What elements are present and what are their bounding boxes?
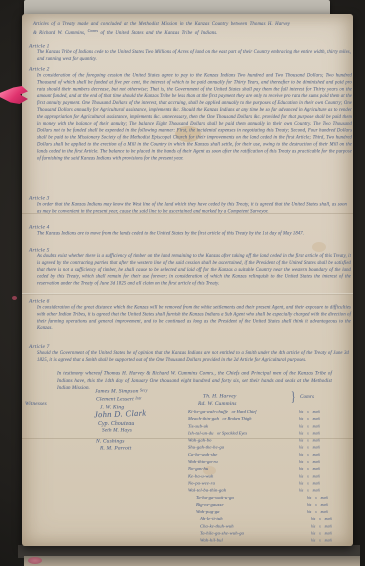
his-x-mark: his x mark xyxy=(299,431,320,435)
native-signer-row: No-gas-hu his x mark xyxy=(188,466,320,473)
native-signer-name: Ish-tal-un-du xyxy=(188,430,214,435)
native-signer-row: Ca-he-wuh-she his x mark xyxy=(188,452,320,459)
his-x-mark: his x mark xyxy=(299,424,320,428)
native-signer-row: Big-ne-gausse his x mark xyxy=(196,502,328,509)
native-signer-alias: or Hard Chief xyxy=(232,409,257,414)
lower-document-edge xyxy=(24,556,360,566)
article-4-body: The Kanzas Indians are to move from the … xyxy=(37,231,347,238)
witness-chouteau-signature: Cyp. Chouteau xyxy=(98,421,134,427)
red-margin-mark xyxy=(12,296,17,300)
treaty-page: Articles of a Treaty made and concluded … xyxy=(22,14,353,546)
witness-hays-signature: Seth M. Hays xyxy=(102,428,132,434)
his-x-mark: his x mark xyxy=(299,474,320,478)
native-signer-row: Ta-hile-ga-she-wuh-ga his x mark xyxy=(200,531,332,538)
title-insertion: Comrs xyxy=(88,28,98,33)
native-signer-row: Wah-gah-bo his x mark xyxy=(188,438,320,445)
native-signer-name: Wah-thin-ga-ru xyxy=(188,459,218,464)
native-signers-list: Ki-he-ga-wah-chuffe or Hard Chief his x … xyxy=(188,409,322,545)
witness-cushings-signature: N. Cushings xyxy=(96,438,125,444)
his-x-mark: his x mark xyxy=(299,489,320,493)
native-signer-name: Wah-hil-bul xyxy=(200,538,223,543)
native-signer-name: Ke-ba-u-wuh xyxy=(188,473,213,478)
title-line2-post: of the United States and the Kanzas Trib… xyxy=(100,30,217,36)
article-2-body: In consideration of the foregoing cessio… xyxy=(37,73,352,163)
native-signer-row: Meach-thin-gah or Broken Thigh his x mar… xyxy=(188,416,320,423)
native-signer-name: No-pa-wee-ra xyxy=(188,480,215,485)
commissioners-label: Comrs xyxy=(300,394,314,400)
native-signer-row: Cha-ke-thuh-wuh his x mark xyxy=(200,523,332,530)
his-x-mark: his x mark xyxy=(299,481,320,485)
his-x-mark: his x mark xyxy=(307,503,328,507)
his-x-mark: his x mark xyxy=(311,539,332,543)
article-2-heading: Article 2 xyxy=(29,66,50,72)
commissioner-cummins-signature: Rd. W. Cummins xyxy=(198,401,237,407)
native-signer-row: Wah-thin-ga-ru his x mark xyxy=(188,459,320,466)
his-x-mark: his x mark xyxy=(307,496,328,500)
his-x-mark: his x mark xyxy=(299,439,320,443)
native-signer-row: Wah-hil-bul his x mark xyxy=(200,538,332,545)
photograph-background: Articles of a Treaty made and concluded … xyxy=(0,0,365,566)
native-signer-name: Wah-gah-bo xyxy=(188,438,212,443)
secretary-signature: James M. Simpson Secy xyxy=(95,388,148,394)
secretary-title: Secy xyxy=(140,388,148,393)
native-signer-alias: or Broken Thigh xyxy=(223,416,252,421)
native-signer-name: Wah-pug-ga xyxy=(196,509,220,514)
native-signer-name: No-gas-hu xyxy=(188,466,208,471)
native-signer-name: Shu-gah-the-he-ga xyxy=(188,445,224,450)
his-x-mark: his x mark xyxy=(311,524,332,528)
interpreter-signature: Clement Lessert Intr xyxy=(96,396,142,402)
article-6-body: In consideration of the great distance w… xyxy=(37,305,351,333)
article-3-body: In order that the Kanzas Indians may kno… xyxy=(37,202,347,216)
witness-parrott-signature: R. M. Parrott xyxy=(100,445,131,451)
article-5-body: As doubts exist whether there is a suffi… xyxy=(37,253,351,287)
native-signer-name: Cha-ke-thuh-wuh xyxy=(200,523,234,528)
native-signer-row: Tis-sub-uk his x mark xyxy=(188,423,320,430)
native-signer-name: Ki-he-ga-wah-chuffe xyxy=(188,409,228,414)
witness-clark-signature: John D. Clark xyxy=(94,408,147,420)
treaty-title-line1: Articles of a Treaty made and concluded … xyxy=(33,21,290,27)
article-4-heading: Article 4 xyxy=(29,224,50,230)
native-signer-row: Wal-tel-ba-thin-gah his x mark xyxy=(188,488,320,495)
native-signer-name: Wal-tel-ba-thin-gah xyxy=(188,488,226,493)
his-x-mark: his x mark xyxy=(307,510,328,514)
commissioner-harvey-signature: Th. H. Harvey xyxy=(203,393,236,399)
article-6-heading: Article 6 xyxy=(29,298,50,304)
commissioners-brace: } xyxy=(291,389,296,405)
his-x-mark: his x mark xyxy=(299,417,320,421)
article-1-body: The Kanzas Tribe of Indians cede to the … xyxy=(37,49,351,63)
native-signer-alias: or Speckled Eyes xyxy=(217,430,247,435)
interpreter-title: Intr xyxy=(135,396,141,401)
native-signer-name: Ta-hile-ga-she-wuh-ga xyxy=(200,531,244,536)
native-signer-name: Big-ne-gausse xyxy=(196,502,224,507)
native-signer-row: Ah-le-it-tuh his x mark xyxy=(200,516,332,523)
article-7-heading: Article 7 xyxy=(29,344,50,350)
his-x-mark: his x mark xyxy=(311,517,332,521)
his-x-mark: his x mark xyxy=(299,467,320,471)
native-signer-name: Ca-he-wuh-she xyxy=(188,452,217,457)
his-x-mark: his x mark xyxy=(299,460,320,464)
secretary-name: James M. Simpson xyxy=(95,388,138,394)
native-signer-row: Wah-pug-ga his x mark xyxy=(196,509,328,516)
title-line2-pre: & Richard W. Cummins, xyxy=(33,30,85,36)
interpreter-name: Clement Lessert xyxy=(96,396,134,402)
native-signer-name: Ah-le-it-tuh xyxy=(200,516,223,521)
native-signer-row: Ta-hu-ga-watt-u-ga his x mark xyxy=(196,495,328,502)
handwritten-content: Articles of a Treaty made and concluded … xyxy=(22,14,353,546)
treaty-title-line2: & Richard W. Cummins, Comrs of the Unite… xyxy=(33,28,218,35)
his-x-mark: his x mark xyxy=(311,532,332,536)
native-signer-row: Ish-tal-un-du or Speckled Eyes his x mar… xyxy=(188,430,320,437)
native-signer-row: No-pa-wee-ra his x mark xyxy=(188,480,320,487)
native-signer-name: Meach-thin-gah xyxy=(188,416,219,421)
native-signer-name: Ta-hu-ga-watt-u-ga xyxy=(196,495,234,500)
article-3-heading: Article 3 xyxy=(29,195,50,201)
his-x-mark: his x mark xyxy=(299,453,320,457)
red-wax-smudge xyxy=(28,557,42,564)
his-x-mark: his x mark xyxy=(299,446,320,450)
native-signer-row: Ke-ba-u-wuh his x mark xyxy=(188,473,320,480)
witnesses-label: Witnesses xyxy=(25,401,47,407)
native-signer-name: Tis-sub-uk xyxy=(188,423,208,428)
native-signer-row: Shu-gah-the-he-ga his x mark xyxy=(188,445,320,452)
native-signer-row: Ki-he-ga-wah-chuffe or Hard Chief his x … xyxy=(188,409,320,416)
his-x-mark: his x mark xyxy=(299,410,320,414)
article-7-body: Should the Government of the United Stat… xyxy=(37,350,349,364)
